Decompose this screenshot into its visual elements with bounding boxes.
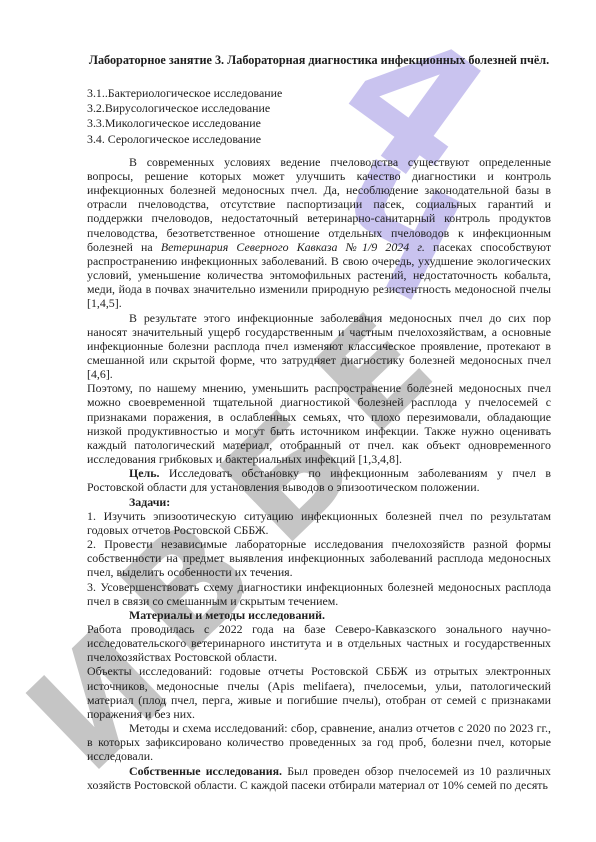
toc-item: 3.1..Бактериологическое исследование [87,86,551,101]
paragraph-work-base: Работа проводилась с 2022 года на базе С… [87,622,551,664]
paragraph-intro: В современных условиях ведение пчеловодс… [87,155,551,311]
paragraph-consequences: В результате этого инфекционные заболева… [87,311,551,382]
tasks-heading: Задачи: [87,495,551,509]
paragraph-own-research: Собственные исследования. Был проведен о… [87,764,551,792]
document-content: Лабораторное занятие 3. Лабораторная диа… [0,0,596,792]
toc-item: 3.3.Микологическое исследование [87,116,551,131]
journal-reference: Ветеринария Северного Кавказа №1/9 2024 … [161,240,425,254]
methods-heading: Материалы и методы исследований. [87,608,551,622]
goal-label: Цель. [129,466,159,480]
task-item-2: 2. Провести независимые лабораторные исс… [87,537,551,579]
paragraph-methods-scheme: Методы и схема исследований: сбор, сравн… [87,721,551,763]
paragraph-objects: Объекты исследований: годовые отчеты Рос… [87,664,551,721]
paragraph-opinion: Поэтому, по нашему мнению, уменьшить рас… [87,381,551,466]
task-item-3: 3. Усовершенствовать схему диагностики и… [87,580,551,608]
task-item-1: 1. Изучить эпизоотическую ситуацию инфек… [87,509,551,537]
own-research-label: Собственные исследования. [129,764,282,778]
document-title: Лабораторное занятие 3. Лабораторная диа… [87,52,551,68]
toc-list: 3.1..Бактериологическое исследование 3.2… [87,86,551,147]
toc-item: 3.2.Вирусологическое исследование [87,101,551,116]
paragraph-goal: Цель. Исследовать обстановку по инфекцио… [87,466,551,494]
toc-item: 3.4. Серологическое исследование [87,132,551,147]
document-body: В современных условиях ведение пчеловодс… [87,155,551,792]
document-page: 4 Ч И В Б Е Лабораторное занятие 3. Лабо… [0,0,596,842]
